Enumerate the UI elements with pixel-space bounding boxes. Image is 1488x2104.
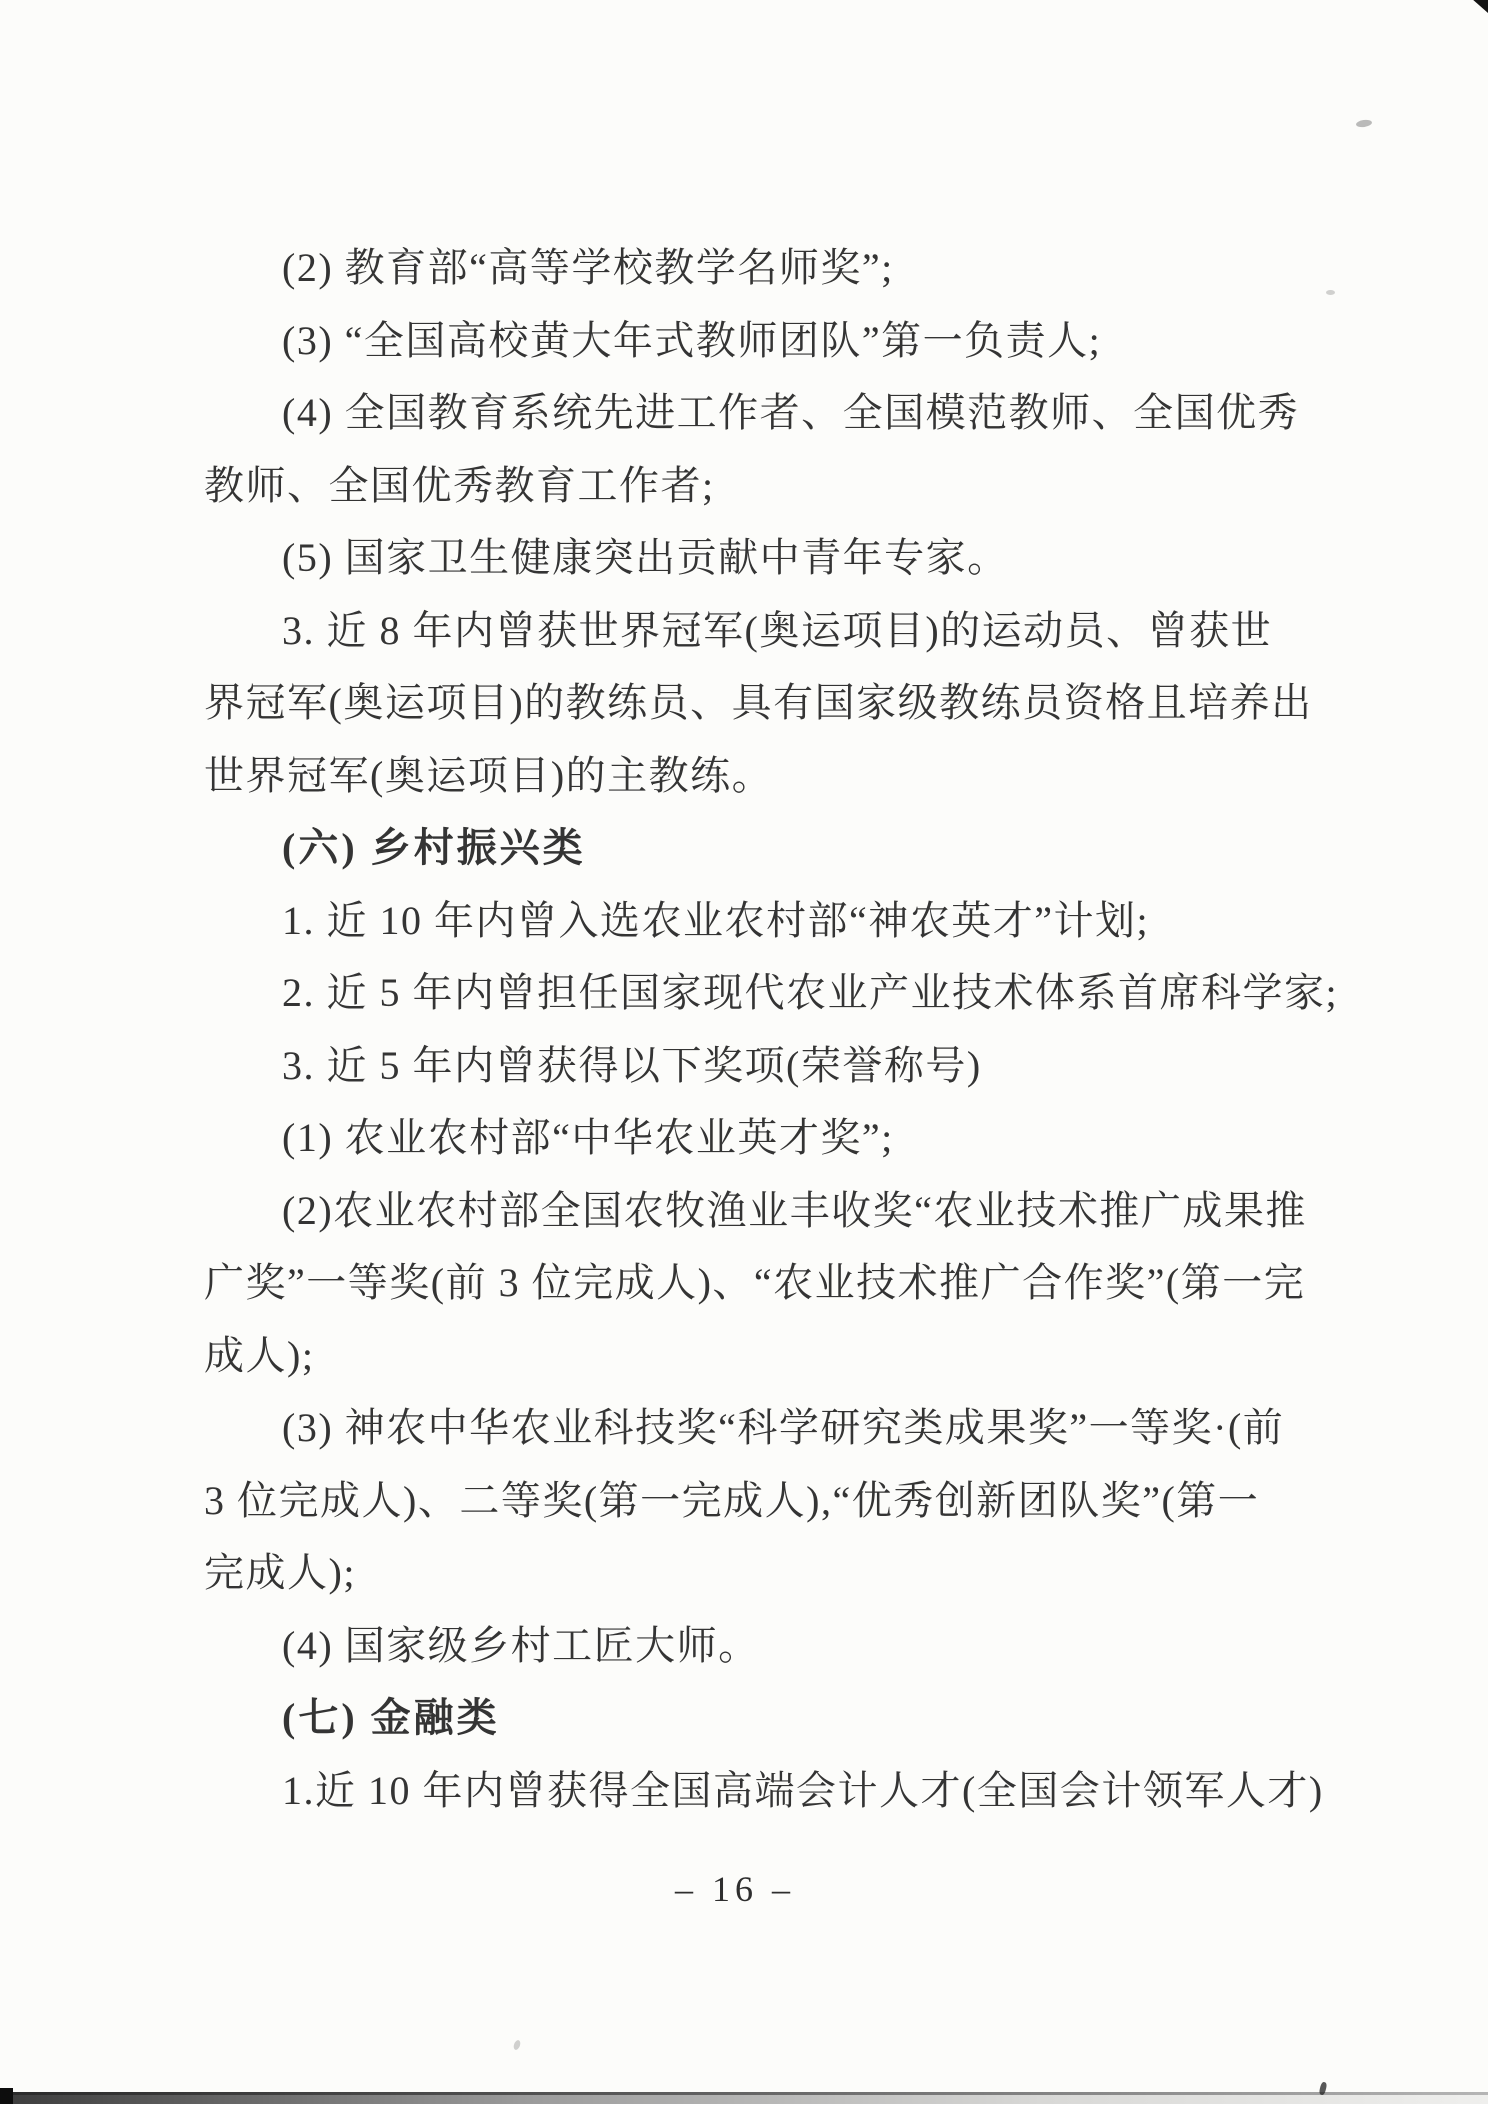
scan-corner-artifact-top-right (1470, 0, 1488, 13)
scanned-document-page: (2) 教育部“高等学校教学名师奖”;(3) “全国高校黄大年式教师团队”第一负… (0, 0, 1488, 2104)
section-heading-line: (六) 乡村振兴类 (204, 812, 1314, 885)
scan-speck (512, 2039, 521, 2050)
text-line: 3. 近 5 年内曾获得以下奖项(荣誉称号) (204, 1030, 1314, 1103)
document-text-block: (2) 教育部“高等学校教学名师奖”;(3) “全国高校黄大年式教师团队”第一负… (204, 232, 1314, 1827)
scan-edge-band-bottom (0, 2095, 1488, 2104)
text-line: (2) 教育部“高等学校教学名师奖”; (204, 232, 1314, 305)
page-number: – 16 – (0, 1868, 1470, 1910)
section-heading-line: (七) 金融类 (204, 1682, 1314, 1755)
scan-speck (1356, 119, 1373, 128)
text-line: 1. 近 10 年内曾入选农业农村部“神农英才”计划; (204, 885, 1314, 958)
text-line: 广奖”一等奖(前 3 位完成人)、“农业技术推广合作奖”(第一完 (204, 1247, 1314, 1320)
text-line: 3. 近 8 年内曾获世界冠军(奥运项目)的运动员、曾获世 (204, 595, 1314, 668)
text-line: 界冠军(奥运项目)的教练员、具有国家级教练员资格且培养出 (204, 667, 1314, 740)
text-line: (4) 全国教育系统先进工作者、全国模范教师、全国优秀 (204, 377, 1314, 450)
text-line: (3) 神农中华农业科技奖“科学研究类成果奖”一等奖·(前 (204, 1392, 1314, 1465)
text-line: 3 位完成人)、二等奖(第一完成人),“优秀创新团队奖”(第一 (204, 1465, 1314, 1538)
text-line: (2)农业农村部全国农牧渔业丰收奖“农业技术推广成果推 (204, 1175, 1314, 1248)
text-line: 完成人); (204, 1537, 1314, 1610)
text-line: 2. 近 5 年内曾担任国家现代农业产业技术体系首席科学家; (204, 957, 1314, 1030)
text-line: (1) 农业农村部“中华农业英才奖”; (204, 1102, 1314, 1175)
scan-corner-artifact-bottom-left (0, 2088, 13, 2104)
text-line: 成人); (204, 1320, 1314, 1393)
scan-speck (1326, 290, 1335, 295)
text-line: 世界冠军(奥运项目)的主教练。 (204, 740, 1314, 813)
text-line: 1.近 10 年内曾获得全国高端会计人才(全国会计领军人才) (204, 1755, 1314, 1828)
text-line: (5) 国家卫生健康突出贡献中青年专家。 (204, 522, 1314, 595)
text-line: (4) 国家级乡村工匠大师。 (204, 1610, 1314, 1683)
text-line: 教师、全国优秀教育工作者; (204, 450, 1314, 523)
text-line: (3) “全国高校黄大年式教师团队”第一负责人; (204, 305, 1314, 378)
